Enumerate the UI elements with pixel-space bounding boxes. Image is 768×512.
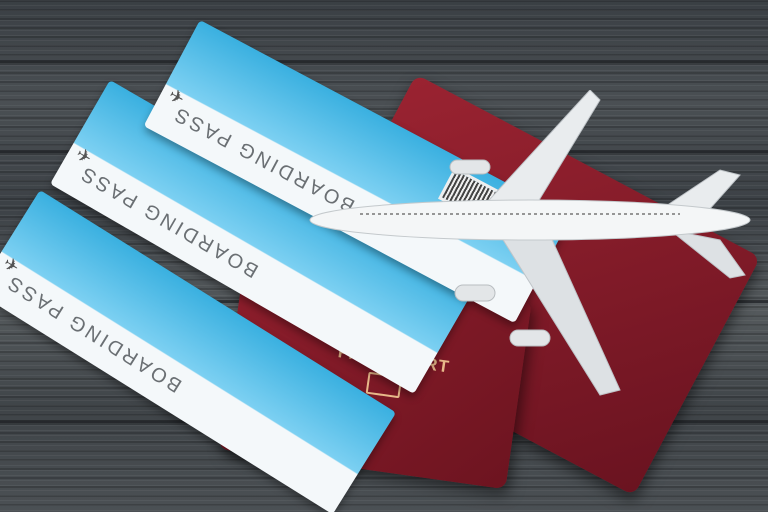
model-airplane: [300, 90, 760, 400]
boarding-pass-label: BOARDING PASS: [2, 269, 186, 396]
table-plank-seam: [0, 60, 768, 63]
